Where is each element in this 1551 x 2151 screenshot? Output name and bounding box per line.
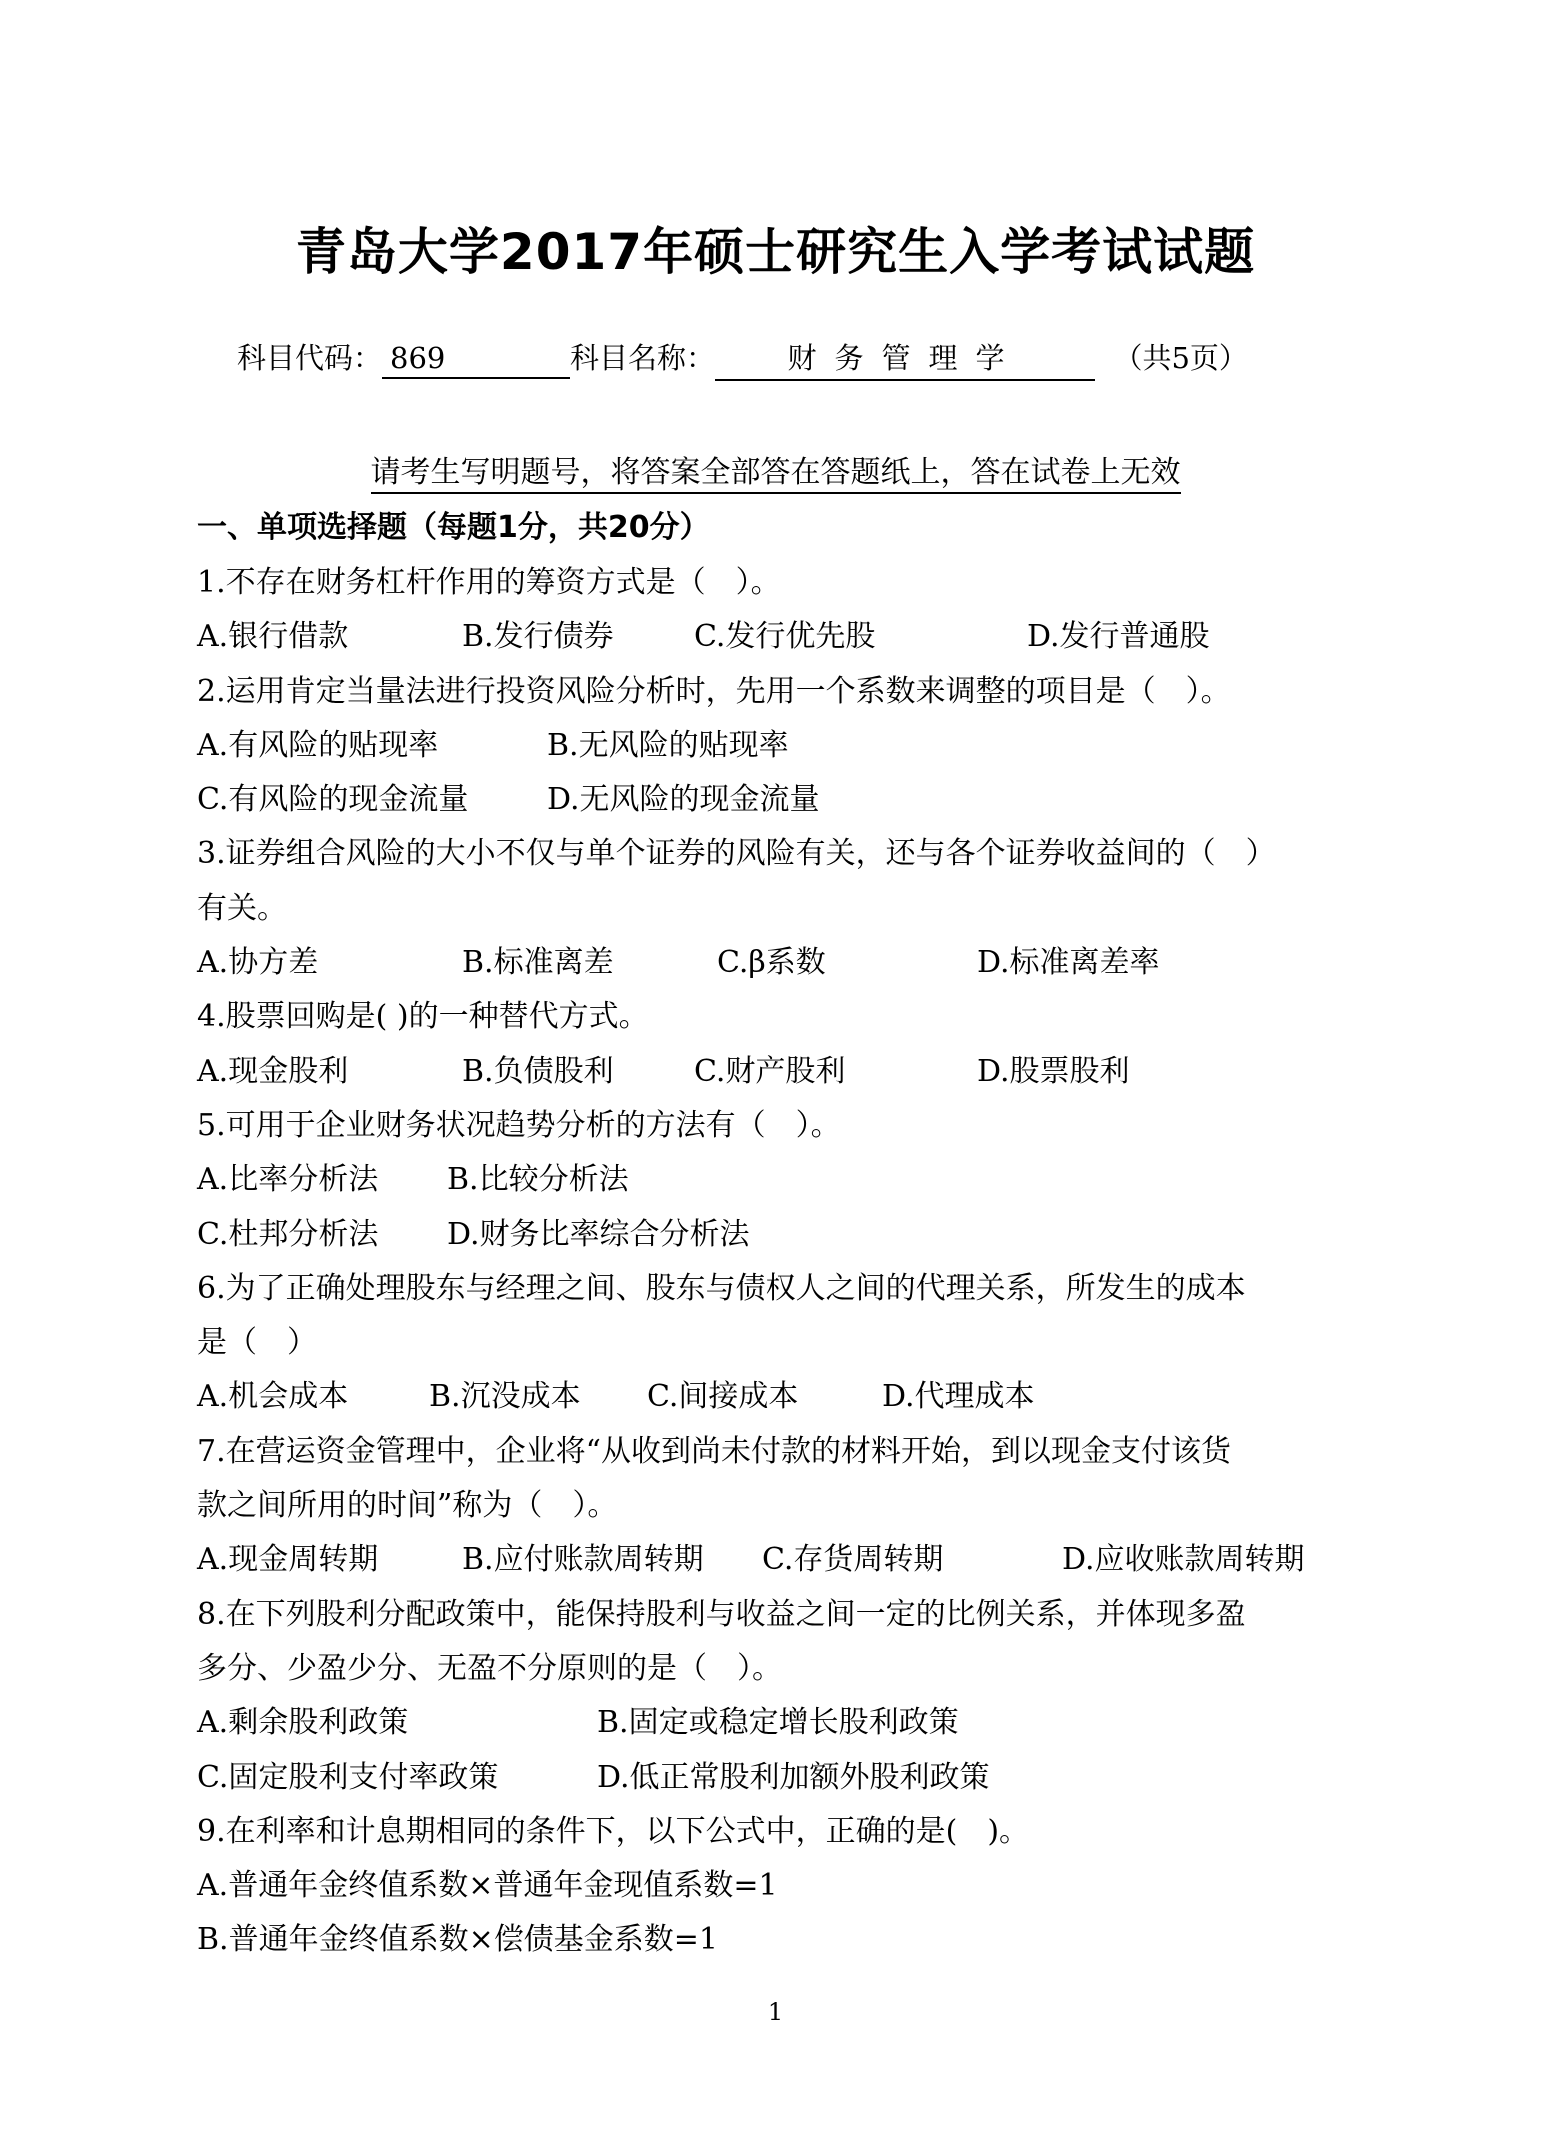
answer-option: A.现金股利 (197, 1045, 348, 1099)
answer-option: A.有风险的贴现率 (197, 719, 438, 773)
answer-option: B.负债股利 (462, 1045, 614, 1099)
question-stem-line: 是（ ） (197, 1316, 1367, 1370)
subject-name-label: 科目名称： (570, 341, 715, 375)
answer-option: A.协方差 (197, 936, 318, 990)
answer-option: C.财产股利 (694, 1045, 845, 1099)
subject-name-value: 财务管理学 (715, 336, 1095, 381)
question-stem-line: 多分、少盈少分、无盈不分原则的是（ ）。 (197, 1642, 1367, 1696)
answer-option: B.固定或稳定增长股利政策 (597, 1696, 959, 1750)
option-row: C.固定股利支付率政策D.低正常股利加额外股利政策 (197, 1751, 1367, 1805)
question-stem-line: 8.在下列股利分配政策中，能保持股利与收益之间一定的比例关系，并体现多盈 (197, 1588, 1367, 1642)
option-row: A.银行借款B.发行债券C.发行优先股D.发行普通股 (197, 610, 1367, 664)
answer-option: D.股票股利 (977, 1045, 1130, 1099)
answer-option: A.机会成本 (197, 1370, 348, 1424)
option-row: B.普通年金终值系数×偿债基金系数=1 (197, 1913, 1367, 1967)
answer-option: C.β系数 (717, 936, 826, 990)
answer-option: B.沉没成本 (429, 1370, 581, 1424)
answer-option: A.现金周转期 (197, 1533, 378, 1587)
answer-option: A.普通年金终值系数×普通年金现值系数=1 (197, 1859, 778, 1913)
question-stem-line: 款之间所用的时间”称为（ ）。 (197, 1479, 1367, 1533)
answer-option: B.发行债券 (462, 610, 614, 664)
option-row: A.剩余股利政策B.固定或稳定增长股利政策 (197, 1696, 1367, 1750)
question-stem-line: 5.可用于企业财务状况趋势分析的方法有（ ）。 (197, 1099, 1367, 1153)
question-stem-line: 有关。 (197, 882, 1367, 936)
answer-option: A.剩余股利政策 (197, 1696, 408, 1750)
option-row: C.有风险的现金流量D.无风险的现金流量 (197, 773, 1367, 827)
answer-option: D.财务比率综合分析法 (447, 1208, 750, 1262)
answer-option: B.应付账款周转期 (462, 1533, 704, 1587)
answer-option: B.普通年金终值系数×偿债基金系数=1 (197, 1913, 718, 1967)
answer-option: B.比较分析法 (447, 1153, 629, 1207)
answer-option: C.有风险的现金流量 (197, 773, 468, 827)
question-stem-line: 7.在营运资金管理中，企业将“从收到尚未付款的材料开始，到以现金支付该货 (197, 1425, 1367, 1479)
exam-page: 青岛大学2017年硕士研究生入学考试试题 科目代码：869科目名称：财务管理学 … (0, 0, 1551, 2151)
question-stem-line: 9.在利率和计息期相同的条件下，以下公式中，正确的是( )。 (197, 1805, 1367, 1859)
question-list: 1.不存在财务杠杆作用的筹资方式是（ ）。A.银行借款B.发行债券C.发行优先股… (197, 556, 1367, 1968)
option-row: A.有风险的贴现率B.无风险的贴现率 (197, 719, 1367, 773)
answer-option: D.发行普通股 (1027, 610, 1210, 664)
answer-option: B.无风险的贴现率 (547, 719, 789, 773)
answer-option: C.存货周转期 (762, 1533, 943, 1587)
answer-option: A.比率分析法 (197, 1153, 378, 1207)
option-row: A.机会成本B.沉没成本C.间接成本D.代理成本 (197, 1370, 1367, 1424)
question-stem-line: 3.证券组合风险的大小不仅与单个证券的风险有关，还与各个证券收益间的（ ） (197, 827, 1367, 881)
question-stem-line: 1.不存在财务杠杆作用的筹资方式是（ ）。 (197, 556, 1367, 610)
option-row: A.现金股利B.负债股利C.财产股利D.股票股利 (197, 1045, 1367, 1099)
answer-option: D.应收账款周转期 (1062, 1533, 1305, 1587)
page-number: 1 (0, 1998, 1551, 2026)
answer-option: D.标准离差率 (977, 936, 1160, 990)
exam-title: 青岛大学2017年硕士研究生入学考试试题 (0, 212, 1551, 284)
option-row: C.杜邦分析法D.财务比率综合分析法 (197, 1208, 1367, 1262)
exam-instruction: 请考生写明题号，将答案全部答在答题纸上，答在试卷上无效 (0, 447, 1551, 491)
answer-option: D.低正常股利加额外股利政策 (597, 1751, 990, 1805)
option-row: A.协方差B.标准离差C.β系数D.标准离差率 (197, 936, 1367, 990)
section-heading: 一、单项选择题（每题1分，共20分） (197, 502, 710, 546)
answer-option: D.代理成本 (882, 1370, 1035, 1424)
answer-option: D.无风险的现金流量 (547, 773, 820, 827)
page-count: （共5页） (1113, 341, 1247, 375)
subject-info: 科目代码：869科目名称：财务管理学 （共5页） (237, 336, 1248, 381)
subject-code-value: 869 (382, 341, 570, 379)
answer-option: B.标准离差 (462, 936, 614, 990)
option-row: A.现金周转期B.应付账款周转期C.存货周转期D.应收账款周转期 (197, 1533, 1367, 1587)
question-stem-line: 2.运用肯定当量法进行投资风险分析时，先用一个系数来调整的项目是（ ）。 (197, 665, 1367, 719)
answer-option: C.间接成本 (647, 1370, 798, 1424)
subject-code-label: 科目代码： (237, 341, 382, 375)
option-row: A.比率分析法B.比较分析法 (197, 1153, 1367, 1207)
answer-option: C.杜邦分析法 (197, 1208, 378, 1262)
answer-option: C.发行优先股 (694, 610, 875, 664)
option-row: A.普通年金终值系数×普通年金现值系数=1 (197, 1859, 1367, 1913)
question-stem-line: 6.为了正确处理股东与经理之间、股东与债权人之间的代理关系，所发生的成本 (197, 1262, 1367, 1316)
instruction-text: 请考生写明题号，将答案全部答在答题纸上，答在试卷上无效 (371, 455, 1181, 494)
question-stem-line: 4.股票回购是( )的一种替代方式。 (197, 990, 1367, 1044)
answer-option: A.银行借款 (197, 610, 348, 664)
answer-option: C.固定股利支付率政策 (197, 1751, 498, 1805)
